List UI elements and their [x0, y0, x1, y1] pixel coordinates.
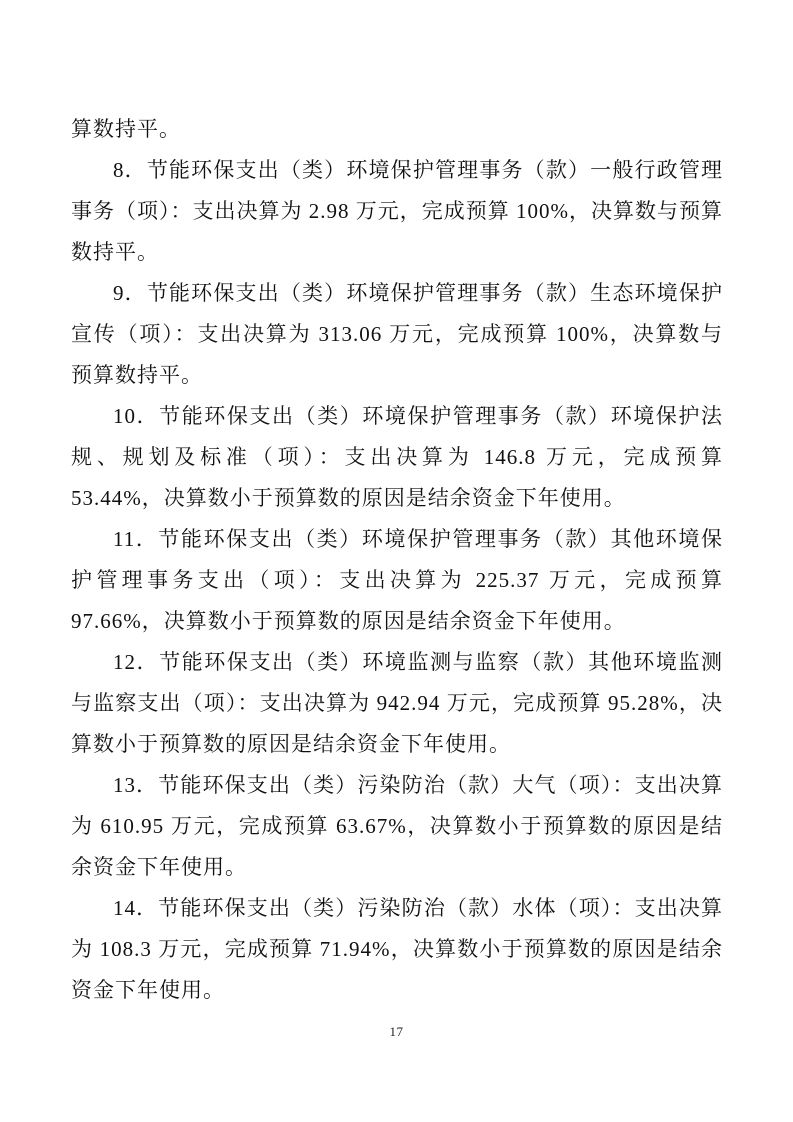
paragraph-item-9: 9．节能环保支出（类）环境保护管理事务（款）生态环境保护宣传（项）：支出决算为 … — [71, 273, 723, 396]
paragraph-item-10: 10．节能环保支出（类）环境保护管理事务（款）环境保护法规、规划及标准（项）：支… — [71, 396, 723, 519]
paragraph-continuation: 算数持平。 — [71, 109, 723, 150]
page-number: 17 — [0, 1024, 793, 1040]
paragraph-item-11: 11．节能环保支出（类）环境保护管理事务（款）其他环境保护管理事务支出（项）：支… — [71, 519, 723, 642]
paragraph-item-8: 8．节能环保支出（类）环境保护管理事务（款）一般行政管理事务（项）：支出决算为 … — [71, 150, 723, 273]
document-body: 算数持平。 8．节能环保支出（类）环境保护管理事务（款）一般行政管理事务（项）：… — [71, 109, 723, 1011]
document-page: 算数持平。 8．节能环保支出（类）环境保护管理事务（款）一般行政管理事务（项）：… — [0, 0, 793, 1122]
paragraph-item-12: 12．节能环保支出（类）环境监测与监察（款）其他环境监测与监察支出（项）：支出决… — [71, 642, 723, 765]
paragraph-item-13: 13．节能环保支出（类）污染防治（款）大气（项）：支出决算为 610.95 万元… — [71, 765, 723, 888]
paragraph-item-14: 14．节能环保支出（类）污染防治（款）水体（项）：支出决算为 108.3 万元，… — [71, 888, 723, 1011]
